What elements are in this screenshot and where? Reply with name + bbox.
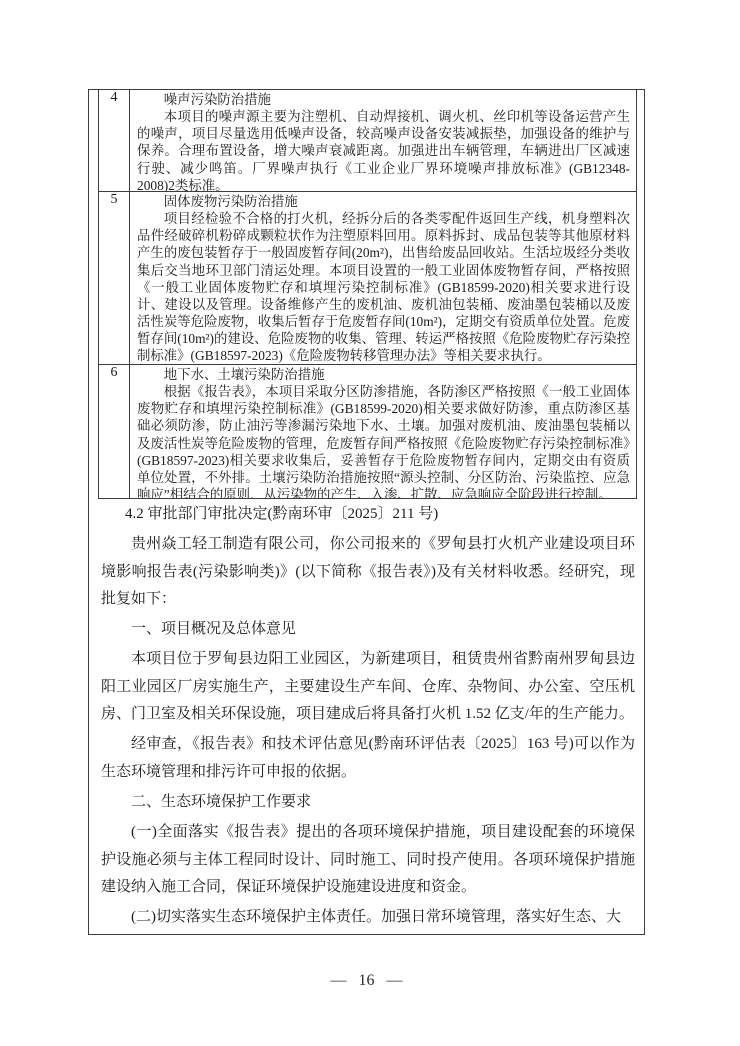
approval-decision-section: 4.2 审批部门审批决定(黔南环审〔2025〕211 号) 贵州焱工轻工制造有限… — [101, 501, 635, 931]
measure-title: 固体废物污染防治措施 — [137, 193, 630, 210]
table-row-4: 4 噪声污染防治措施 本项目的噪声源主要为注塑机、自动焊接机、调火机、丝印机等设… — [99, 90, 637, 192]
measure-body: 本项目的噪声源主要为注塑机、自动焊接机、调火机、丝印机等设备运营产生的噪声，项目… — [137, 108, 630, 191]
paragraph-heading-2: 二、生态环境保护工作要求 — [101, 789, 635, 816]
footer-dash-left: — — [331, 972, 347, 990]
footer-dash-right: — — [387, 972, 403, 990]
content-border-box: 4 噪声污染防治措施 本项目的噪声源主要为注塑机、自动焊接机、调火机、丝印机等设… — [88, 89, 645, 935]
row-number: 5 — [99, 192, 130, 365]
footer-page-number: 16 — [359, 972, 375, 989]
paragraph-requirement-1: (一)全面落实《报告表》提出的各项环境保护措施，项目建设配套的环境保护设施必须与… — [101, 819, 635, 901]
paragraph-requirement-2: (二)切实落实生态环境保护主体责任。加强日常环境管理，落实好生态、大 — [101, 904, 635, 931]
table-row-6: 6 地下水、土壤污染防治措施 根据《报告表》，本项目采取分区防渗措施，各防渗区严… — [99, 365, 637, 499]
document-page: 4 噪声污染防治措施 本项目的噪声源主要为注塑机、自动焊接机、调火机、丝印机等设… — [0, 0, 740, 1046]
row-number: 6 — [99, 365, 130, 499]
paragraph-heading-1: 一、项目概况及总体意见 — [101, 616, 635, 643]
measures-table: 4 噪声污染防治措施 本项目的噪声源主要为注塑机、自动焊接机、调火机、丝印机等设… — [98, 89, 637, 499]
measure-body: 根据《报告表》，本项目采取分区防渗措施，各防渗区严格按照《一般工业固体废物贮存和… — [137, 383, 630, 498]
measure-cell: 地下水、土壤污染防治措施 根据《报告表》，本项目采取分区防渗措施，各防渗区严格按… — [130, 365, 637, 499]
paragraph-salutation: 贵州焱工轻工制造有限公司，你公司报来的《罗甸县打火机产业建设项目环境影响报告表(… — [101, 531, 635, 613]
table-row-5: 5 固体废物污染防治措施 项目经检验不合格的打火机，经拆分后的各类零配件返回生产… — [99, 192, 637, 365]
row-number: 4 — [99, 90, 130, 192]
paragraph-review-basis: 经审查，《报告表》和技术评估意见(黔南环评估表〔2025〕163 号)可以作为生… — [101, 731, 635, 786]
measure-cell: 固体废物污染防治措施 项目经检验不合格的打火机，经拆分后的各类零配件返回生产线，… — [130, 192, 637, 365]
measure-title: 噪声污染防治措施 — [137, 91, 630, 108]
page-footer: —16— — [88, 972, 645, 990]
paragraph-project-overview: 本项目位于罗甸县边阳工业园区，为新建项目，租赁贵州省黔南州罗甸县边阳工业园区厂房… — [101, 646, 635, 728]
measure-body: 项目经检验不合格的打火机，经拆分后的各类零配件返回生产线，机身塑料次品件经破碎机… — [137, 210, 630, 364]
measure-title: 地下水、土壤污染防治措施 — [137, 366, 630, 383]
measure-cell: 噪声污染防治措施 本项目的噪声源主要为注塑机、自动焊接机、调火机、丝印机等设备运… — [130, 90, 637, 192]
section-heading: 4.2 审批部门审批决定(黔南环审〔2025〕211 号) — [101, 501, 635, 528]
